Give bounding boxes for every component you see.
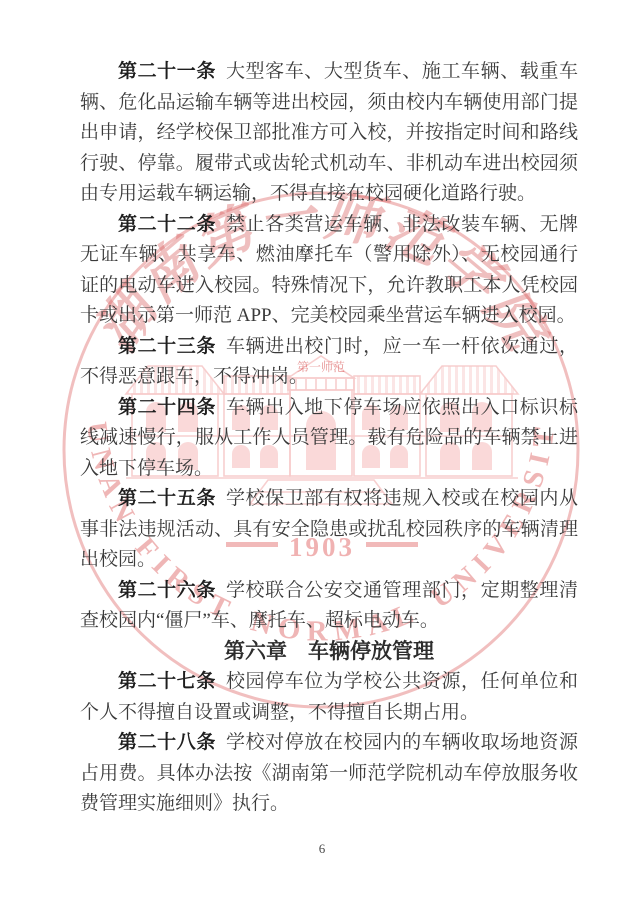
line-text: 车辆进出校门时，应一车一杆依次通过， <box>226 336 578 357</box>
article-number: 第二十四条 <box>118 397 216 418</box>
line-text: 入地下停车场。 <box>80 458 213 479</box>
text-line: 费管理实施细则》执行。 <box>80 789 578 820</box>
line-text: 辆、危化品运输车辆等进出校园，须由校内车辆使用部门提 <box>80 92 578 113</box>
text-line: 出校园。 <box>80 545 578 576</box>
document-page: 湖南第一师范学院 <box>0 0 644 916</box>
line-text: 大型客车、大型货车、施工车辆、载重车 <box>226 61 578 82</box>
article-number: 第二十八条 <box>118 732 216 753</box>
line-text: 占用费。具体办法按《湖南第一师范学院机动车停放服务收 <box>80 763 578 784</box>
line-text: 个人不得擅自设置或调整，不得擅自长期占用。 <box>80 702 479 723</box>
text-line: 第二十三条车辆进出校门时，应一车一杆依次通过， <box>80 332 578 363</box>
line-text: 出校园。 <box>80 549 156 570</box>
text-line: 第二十五条学校保卫部有权将违规入校或在校园内从 <box>80 484 578 515</box>
text-line: 占用费。具体办法按《湖南第一师范学院机动车停放服务收 <box>80 759 578 790</box>
line-text: 不得恶意跟车，不得冲岗。 <box>80 366 308 387</box>
text-line: 第二十八条学校对停放在校园内的车辆收取场地资源 <box>80 728 578 759</box>
line-text: 事非法违规活动、具有安全隐患或扰乱校园秩序的车辆清理 <box>80 519 578 540</box>
article-number: 第二十二条 <box>118 214 216 235</box>
line-text: 校园停车位为学校公共资源，任何单位和 <box>226 671 578 692</box>
text-line: 由专用运载车辆运输，不得直接在校园硬化道路行驶。 <box>80 179 578 210</box>
line-text: 行驶、停靠。履带式或齿轮式机动车、非机动车进出校园须 <box>80 153 578 174</box>
text-line: 第二十二条禁止各类营运车辆、非法改装车辆、无牌 <box>80 210 578 241</box>
line-text: 卡或出示第一师范 APP、完美校园乘坐营运车辆进入校园。 <box>80 305 576 326</box>
line-text: 证的电动车进入校园。特殊情况下，允许教职工本人凭校园 <box>80 275 578 296</box>
line-text: 无证车辆、共享车、燃油摩托车（警用除外）、无校园通行 <box>80 244 578 265</box>
line-text: 第六章 车辆停放管理 <box>224 640 434 663</box>
line-text: 学校对停放在校园内的车辆收取场地资源 <box>226 732 578 753</box>
text-line: 第二十一条大型客车、大型货车、施工车辆、载重车 <box>80 57 578 88</box>
article-number: 第二十六条 <box>118 580 216 601</box>
text-line: 个人不得擅自设置或调整，不得擅自长期占用。 <box>80 698 578 729</box>
line-text: 学校保卫部有权将违规入校或在校园内从 <box>226 488 578 509</box>
document-body: 第二十一条大型客车、大型货车、施工车辆、载重车辆、危化品运输车辆等进出校园，须由… <box>80 57 578 820</box>
article-number: 第二十一条 <box>118 61 216 82</box>
text-line: 第二十四条车辆出入地下停车场应依照出入口标识标 <box>80 393 578 424</box>
line-text: 出申请，经学校保卫部批准方可入校，并按指定时间和路线 <box>80 122 578 143</box>
text-line: 辆、危化品运输车辆等进出校园，须由校内车辆使用部门提 <box>80 88 578 119</box>
line-text: 学校联合公安交通管理部门，定期整理清 <box>226 580 578 601</box>
text-line: 第二十六条学校联合公安交通管理部门，定期整理清 <box>80 576 578 607</box>
article-number: 第二十五条 <box>118 488 216 509</box>
line-text: 费管理实施细则》执行。 <box>80 793 289 814</box>
text-line: 证的电动车进入校园。特殊情况下，允许教职工本人凭校园 <box>80 271 578 302</box>
text-line: 线减速慢行，服从工作人员管理。载有危险品的车辆禁止进 <box>80 423 578 454</box>
line-text: 禁止各类营运车辆、非法改装车辆、无牌 <box>226 214 578 235</box>
text-line: 事非法违规活动、具有安全隐患或扰乱校园秩序的车辆清理 <box>80 515 578 546</box>
text-line: 查校园内“僵尸”车、摩托车、超标电动车。 <box>80 606 578 637</box>
article-number: 第二十三条 <box>118 336 216 357</box>
chapter-heading: 第六章 车辆停放管理 <box>80 637 578 668</box>
text-line: 第二十七条校园停车位为学校公共资源，任何单位和 <box>80 667 578 698</box>
text-line: 不得恶意跟车，不得冲岗。 <box>80 362 578 393</box>
text-line: 卡或出示第一师范 APP、完美校园乘坐营运车辆进入校园。 <box>80 301 578 332</box>
article-number: 第二十七条 <box>118 671 216 692</box>
text-line: 行驶、停靠。履带式或齿轮式机动车、非机动车进出校园须 <box>80 149 578 180</box>
text-line: 出申请，经学校保卫部批准方可入校，并按指定时间和路线 <box>80 118 578 149</box>
line-text: 线减速慢行，服从工作人员管理。载有危险品的车辆禁止进 <box>80 427 578 448</box>
page-number: 6 <box>0 841 644 857</box>
line-text: 由专用运载车辆运输，不得直接在校园硬化道路行驶。 <box>80 183 536 204</box>
line-text: 车辆出入地下停车场应依照出入口标识标 <box>226 397 578 418</box>
line-text: 查校园内“僵尸”车、摩托车、超标电动车。 <box>80 610 439 631</box>
text-line: 无证车辆、共享车、燃油摩托车（警用除外）、无校园通行 <box>80 240 578 271</box>
text-line: 入地下停车场。 <box>80 454 578 485</box>
